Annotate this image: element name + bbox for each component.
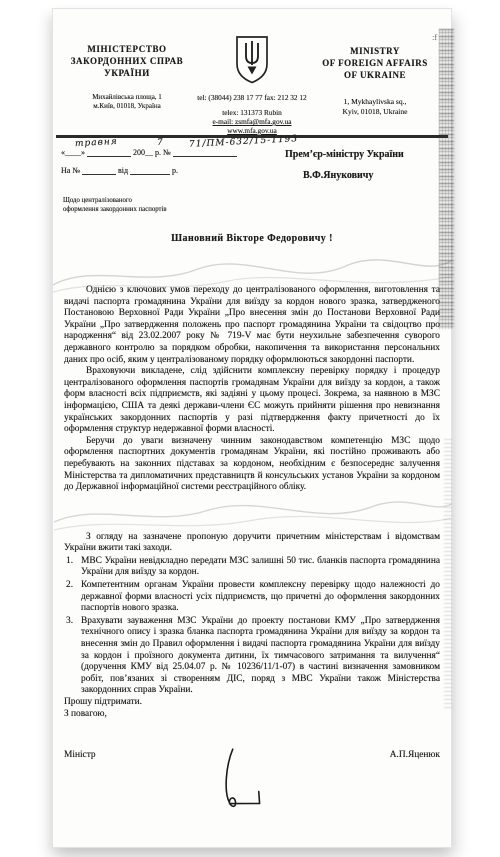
ministry-en-address1: 1, Mykhaylivska sq., — [303, 97, 447, 107]
ministry-ua-line3: УКРАЇНИ — [61, 67, 193, 79]
list-item-1-number: 1. — [66, 556, 73, 568]
scan-noise-right-edge — [439, 29, 454, 329]
minister-signature-scribble — [199, 745, 276, 819]
handwritten-year-digit: 7 — [157, 138, 164, 148]
paper-crease-artifact-2 — [64, 494, 440, 532]
list-item-2: 2. Компетентним органам України провести… — [64, 580, 440, 615]
contact-email: e-mail: zsmfa@mfa.gov.ua — [113, 117, 391, 126]
reply-number-blank — [82, 165, 116, 175]
paragraph-1: Однією з ключових умов переходу до центр… — [64, 285, 440, 366]
ministry-en-line3: OF UKRAINE — [303, 69, 447, 81]
date-quote-blank: «____» — [61, 148, 85, 157]
scanned-letter-canvas: МІНІСТЕРСТВО ЗАКОРДОННИХ СПРАВ УКРАЇНИ М… — [0, 0, 500, 857]
addressee-name: В.Ф.Януковичу — [303, 170, 404, 181]
list-item-3: 3. Врахувати зауваження МЗС України до п… — [64, 616, 440, 697]
closing-regards: З повагою, — [64, 709, 440, 721]
list-item-2-number: 2. — [66, 580, 73, 592]
letter-body: Однією з ключових умов переходу до центр… — [64, 285, 440, 762]
paragraph-2: Враховуючи викладене, слід здійснити ком… — [64, 366, 440, 436]
addressee-block: Прем’єр-міністру України В.Ф.Януковичу — [285, 149, 404, 181]
scan-speck: :f — [432, 33, 437, 42]
addressee-title: Прем’єр-міністру України — [285, 149, 404, 160]
ministry-en-address2: Kyiv, 01018, Ukraine — [303, 107, 447, 117]
ministry-ua-line2: ЗАКОРДОННИХ СПРАВ — [61, 55, 193, 67]
list-item-3-text: Врахувати зауваження МЗС України до прое… — [81, 616, 440, 696]
year-label: 200__ р. № — [133, 148, 171, 157]
reply-from-label: від — [118, 166, 128, 175]
reply-label: На № — [61, 166, 80, 175]
list-item-2-text: Компетентним органам України провести ко… — [81, 580, 440, 613]
list-item-3-number: 3. — [66, 616, 73, 628]
scan-noise-right-edge-lower — [444, 439, 452, 709]
signer-name: А.П.Яценюк — [390, 750, 440, 762]
subject-block: Щодо централізованого оформлення закордо… — [63, 197, 167, 214]
ministry-ua-line1: МІНІСТЕРСТВО — [61, 43, 193, 55]
ukraine-trident-emblem-icon — [233, 35, 271, 87]
ministry-name-en: MINISTRY OF FOREIGN AFFAIRS OF UKRAINE 1… — [303, 45, 447, 117]
reference-reply-line: На № від р. — [61, 165, 178, 175]
paragraph-3: Беручи до уваги визначену чинним законод… — [64, 436, 440, 494]
list-item-1-text: МВС України невідкладно передати МЗС зал… — [81, 556, 440, 578]
ministry-en-line2: OF FOREIGN AFFAIRS — [303, 57, 447, 69]
salutation: Шановний Вікторе Федоровичу ! — [53, 233, 451, 244]
subject-line1: Щодо централізованого — [63, 197, 167, 206]
closing-support: Прошу підтримати. — [64, 697, 440, 709]
letter-sheet: МІНІСТЕРСТВО ЗАКОРДОННИХ СПРАВ УКРАЇНИ М… — [52, 8, 452, 848]
subject-line2: оформлення закордонних паспортів — [63, 206, 167, 215]
date-month-blank — [87, 147, 131, 157]
list-item-1: 1. МВС України невідкладно передати МЗС … — [64, 556, 440, 579]
signer-title: Міністр — [64, 750, 96, 762]
ministry-en-line1: MINISTRY — [303, 45, 447, 57]
reply-date-blank — [130, 165, 170, 175]
contact-website: www.mfa.gov.ua — [113, 126, 391, 135]
reference-date-line: «____» 200__ р. № травня 7 71/ПМ-632/15-… — [61, 147, 237, 157]
reply-year-label: р. — [172, 166, 178, 175]
